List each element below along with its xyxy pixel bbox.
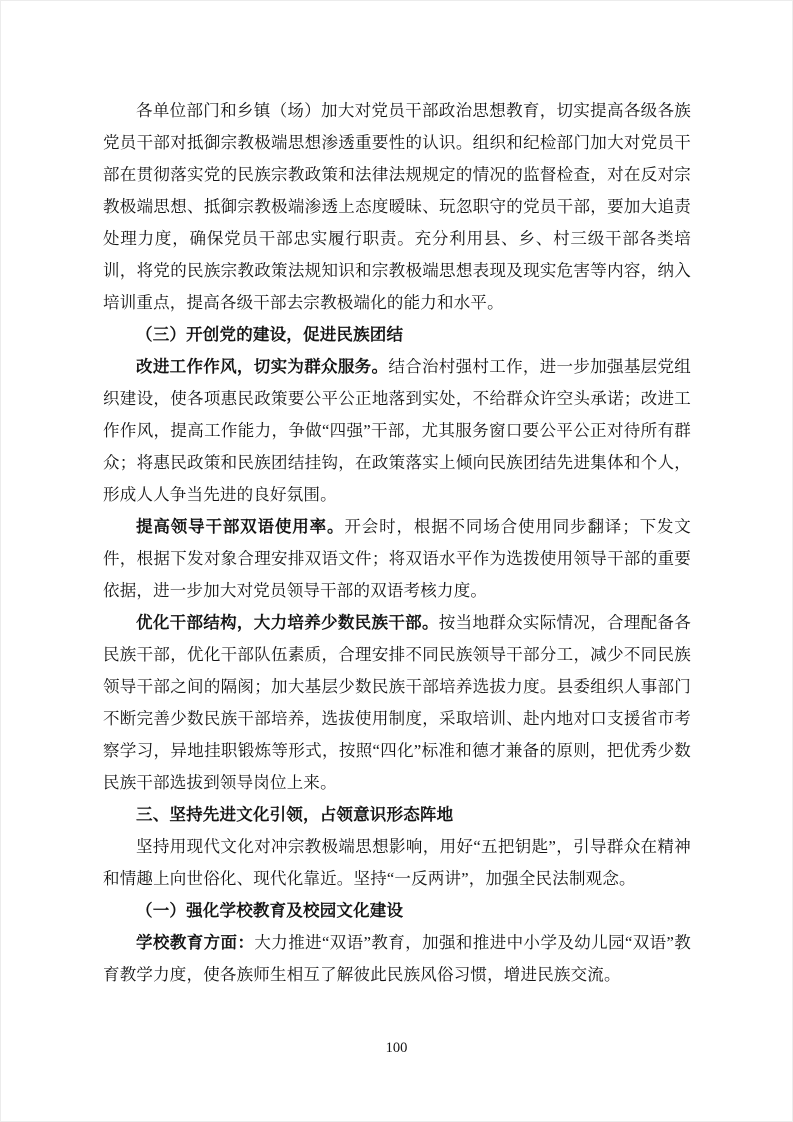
paragraph-work-style: 改进工作作风，切实为群众服务。结合治村强村工作，进一步加强基层党组织建设，使各项… xyxy=(103,351,691,511)
page-number: 100 xyxy=(0,1038,793,1058)
paragraph-text: 结合治村强村工作，进一步加强基层党组织建设，使各项惠民政策要公平公正地落到实处，… xyxy=(103,357,691,504)
document-body: 各单位部门和乡镇（场）加大对党员干部政治思想教育，切实提高各级各族党员干部对抵御… xyxy=(103,95,691,991)
paragraph-text: 坚持用现代文化对冲宗教极端思想影响，用好“五把钥匙”，引导群众在精神和情趣上向世… xyxy=(103,837,691,888)
heading-text: 三、坚持先进文化引领，占领意识形态阵地 xyxy=(136,806,453,824)
paragraph-modern-culture: 坚持用现代文化对冲宗教极端思想影响，用好“五把钥匙”，引导群众在精神和情趣上向世… xyxy=(103,831,691,895)
paragraph-lead-text: 提高领导干部双语使用率。 xyxy=(136,518,344,536)
paragraph-text: 按当地群众实际情况，合理配备各民族干部，优化干部队伍素质，合理安排不同民族领导干… xyxy=(103,613,691,792)
paragraph-cadre-structure: 优化干部结构，大力培养少数民族干部。按当地群众实际情况，合理配备各民族干部，优化… xyxy=(103,607,691,799)
heading-text: （一）强化学校教育及校园文化建设 xyxy=(136,902,403,920)
paragraph-cadre-education: 各单位部门和乡镇（场）加大对党员干部政治思想教育，切实提高各级各族党员干部对抵御… xyxy=(103,95,691,319)
paragraph-text: 各单位部门和乡镇（场）加大对党员干部政治思想教育，切实提高各级各族党员干部对抵御… xyxy=(103,101,691,312)
section-heading-school-education: （一）强化学校教育及校园文化建设 xyxy=(103,895,691,927)
paragraph-school-education: 学校教育方面：大力推进“双语”教育，加强和推进中小学及幼儿园“双语”教育教学力度… xyxy=(103,927,691,991)
paragraph-bilingual-usage: 提高领导干部双语使用率。开会时，根据不同场合使用同步翻译；下发文件，根据下发对象… xyxy=(103,511,691,607)
chapter-heading-advanced-culture: 三、坚持先进文化引领，占领意识形态阵地 xyxy=(103,799,691,831)
heading-text: （三）开创党的建设，促进民族团结 xyxy=(136,326,403,344)
paragraph-lead-text: 改进工作作风，切实为群众服务。 xyxy=(136,358,388,376)
paragraph-lead-text: 学校教育方面： xyxy=(136,934,254,952)
document-page: 各单位部门和乡镇（场）加大对党员干部政治思想教育，切实提高各级各族党员干部对抵御… xyxy=(0,0,793,1122)
paragraph-lead-text: 优化干部结构，大力培养少数民族干部。 xyxy=(136,614,439,632)
section-heading-party-building: （三）开创党的建设，促进民族团结 xyxy=(103,319,691,351)
